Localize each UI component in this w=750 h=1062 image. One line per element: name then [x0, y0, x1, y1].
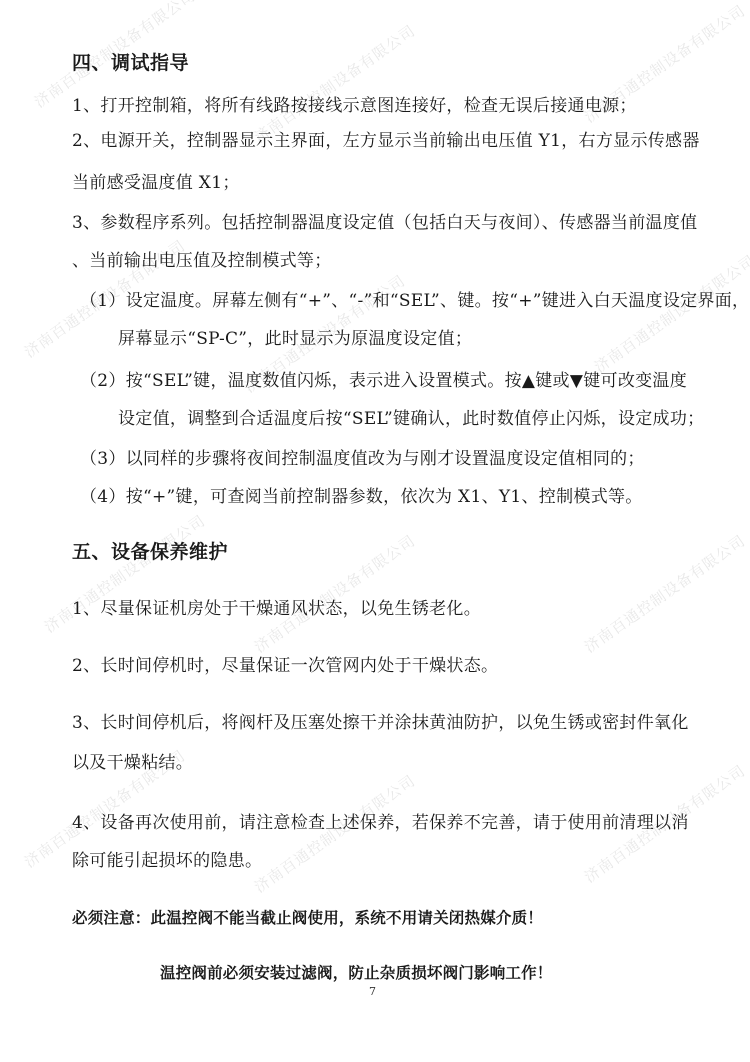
paragraph-line: （2）按“SEL”键，温度数值闪烁，表示进入设置模式。按▲键或▼键可改变温度	[80, 370, 687, 392]
paragraph-line: 以及干燥粘结。	[72, 752, 193, 774]
page-number: 7	[369, 985, 376, 998]
paragraph-line: 当前感受温度值 X1；	[72, 172, 240, 194]
filter-notice: 温控阀前必须安装过滤阀，防止杂质损坏阀门影响工作！	[160, 962, 553, 984]
paragraph-line: （1）设定温度。屏幕左侧有“+”、“-”和“SEL”、键。按“+”键进入白天温度…	[80, 290, 749, 312]
paragraph-line: 3、参数程序系列。包括控制器温度设定值（包括白天与夜间）、传感器当前温度值	[72, 212, 697, 234]
paragraph-line: 4、设备再次使用前，请注意检查上述保养，若保养不完善，请于使用前清理以消	[72, 812, 689, 834]
paragraph-line: 设定值，调整到合适温度后按“SEL”键确认，此时数值停止闪烁，设定成功；	[118, 408, 704, 430]
watermark: 济南百通控制设备有限公司	[580, 530, 749, 657]
watermark: 济南百通控制设备有限公司	[250, 20, 419, 147]
section-heading-debug-guide: 四、调试指导	[72, 52, 189, 74]
paragraph-line: 屏幕显示“SP-C”，此时显示为原温度设定值；	[118, 328, 472, 350]
paragraph-line: （4）按“+”键，可查阅当前控制器参数，依次为 X1、Y1、控制模式等。	[80, 486, 643, 508]
paragraph-line: 2、长时间停机时，尽量保证一次管网内处于干燥状态。	[72, 655, 498, 677]
paragraph-line: 1、打开控制箱，将所有线路按接线示意图连接好，检查无误后接通电源；	[72, 95, 637, 117]
paragraph-line: 2、电源开关，控制器显示主界面，左方显示当前输出电压值 Y1，右方显示传感器	[72, 130, 700, 152]
paragraph-line: 3、长时间停机后，将阀杆及压塞处擦干并涂抹黄油防护，以免生锈或密封件氧化	[72, 712, 689, 734]
paragraph-line: 、当前输出电压值及控制模式等；	[72, 250, 332, 272]
paragraph-line: 除可能引起损坏的隐患。	[72, 850, 262, 872]
watermark: 济南百通控制设备有限公司	[250, 530, 419, 657]
paragraph-line: 1、尽量保证机房处于干燥通风状态，以免生锈老化。	[72, 598, 481, 620]
warning-notice: 必须注意：此温控阀不能当截止阀使用，系统不用请关闭热媒介质！	[72, 907, 543, 929]
document-page: 济南百通控制设备有限公司 济南百通控制设备有限公司 济南百通控制设备有限公司 济…	[0, 0, 750, 1062]
section-heading-maintenance: 五、设备保养维护	[72, 541, 228, 563]
watermark: 济南百通控制设备有限公司	[590, 250, 750, 377]
paragraph-line: （3）以同样的步骤将夜间控制温度值改为与刚才设置温度设定值相同的；	[80, 448, 645, 470]
